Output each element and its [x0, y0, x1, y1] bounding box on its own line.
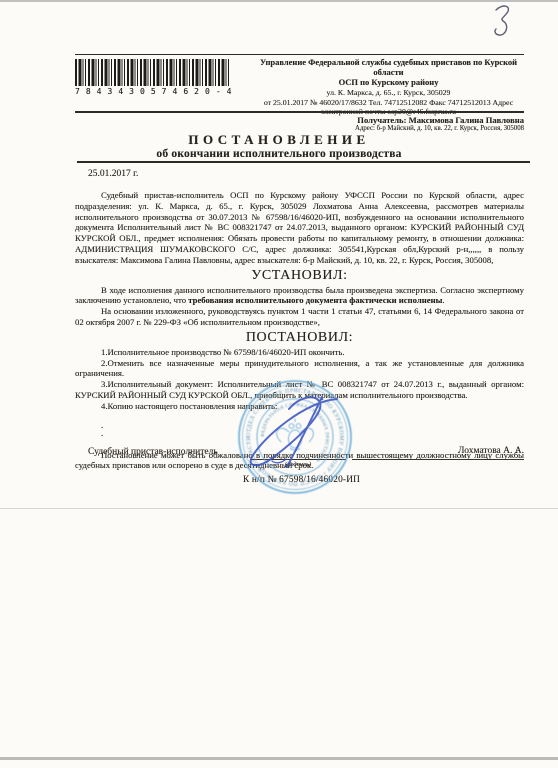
issuer-reference-line: от 25.01.2017 № 46020/17/8632 Тел. 74712… — [253, 98, 524, 116]
postal-barcode: 7 8 4 3 4 3 0 5 7 4 6 2 0 - 4 — [75, 59, 231, 96]
signature-line — [250, 459, 346, 460]
resolution-item-4: 4.Копию настоящего постановления направи… — [75, 401, 524, 412]
issuer-header: Управление Федеральной службы судебных п… — [253, 57, 524, 116]
bailiff-name: Лохматова А. А. — [352, 446, 524, 456]
issuer-address: ул. К. Маркса, д. 65., г. Курск, 305029 — [253, 88, 524, 97]
name-line — [352, 459, 524, 460]
scanned-document-page: 7 8 4 3 4 3 0 5 7 4 6 2 0 - 4 Управление… — [0, 0, 558, 768]
spacer — [75, 412, 524, 421]
document-date: 25.01.2017 г. — [88, 169, 138, 179]
signature-caption: (подпись) — [250, 461, 346, 468]
recipient-name: Получатель: Максимова Галина Павловна — [253, 115, 524, 125]
findings-bold-text: требования исполнительного документа фак… — [188, 295, 442, 305]
resolution-item-2: 2.Отменить все назначенные меры принудит… — [75, 358, 524, 380]
legal-basis-paragraph: На основании изложенного, руководствуясь… — [75, 306, 524, 328]
document-body: Судебный пристав-исполнитель ОСП по Курс… — [75, 190, 524, 471]
barcode-digits: 7 8 4 3 4 3 0 5 7 4 6 2 0 - 4 — [75, 87, 231, 96]
document-title: ПОСТАНОВЛЕНИЕ — [0, 133, 558, 147]
findings-paragraph: В ходе исполнения данного исполнительног… — [75, 285, 524, 307]
case-reference: К н/п № 67598/16/46020-ИП — [243, 475, 360, 485]
resolution-item-3: 3.Исполнительный документ: Исполнительны… — [75, 379, 524, 401]
intro-paragraph: Судебный пристав-исполнитель ОСП по Курс… — [75, 190, 524, 266]
bailiff-role-label: Судебный пристав-исполнитель — [88, 447, 218, 457]
paper-crease — [0, 508, 558, 509]
resolution-item-1: 1.Исполнительное производство № 67598/16… — [75, 347, 524, 358]
document-title-block: ПОСТАНОВЛЕНИЕ об окончании исполнительно… — [0, 133, 558, 161]
issuer-department: Управление Федеральной службы судебных п… — [253, 57, 524, 77]
scan-edge-top — [0, 0, 558, 2]
placeholder-dot-2: . — [75, 429, 524, 437]
handwritten-page-number — [495, 6, 508, 35]
postanovil-heading: ПОСТАНОВИЛ: — [75, 330, 524, 345]
barcode-stripes — [75, 59, 229, 86]
placeholder-dot-1: . — [75, 421, 524, 429]
document-subtitle: об окончании исполнительного производств… — [0, 148, 558, 161]
header-divider-rule — [75, 111, 524, 113]
issuer-office: ОСП по Курскому району — [253, 77, 524, 87]
ustanovil-heading: УСТАНОВИЛ: — [75, 268, 524, 283]
scan-edge-bottom — [0, 757, 558, 760]
header-top-rule — [75, 54, 524, 55]
findings-period: . — [442, 295, 444, 305]
title-underline-rule — [77, 161, 530, 163]
recipient-block: Получатель: Максимова Галина Павловна Ад… — [253, 115, 524, 133]
